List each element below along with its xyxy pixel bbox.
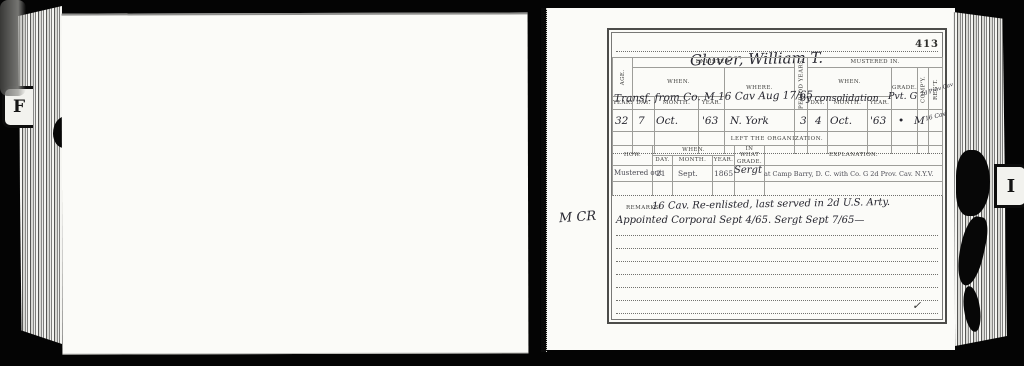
out-explanation-value: at Camp Barry, D. C. with Co. G 2d Prov.… xyxy=(764,170,933,178)
remarks-line-1: 16 Cav. Re-enlisted, last served in 2d U… xyxy=(652,197,890,212)
transfer-where: by consolidation xyxy=(800,93,879,104)
enlisted-where-header: WHERE. xyxy=(725,68,795,110)
enlist-month-value: Oct. xyxy=(656,115,678,127)
enlist-where-value: N. York xyxy=(730,115,769,127)
day-header: DAY. xyxy=(653,156,673,166)
right-page: M CR Glover, William T. 413 AGE. xyxy=(547,8,955,350)
grade-header: GRADE. xyxy=(892,68,918,110)
ruled-line xyxy=(616,313,938,314)
ruled-line xyxy=(616,300,938,301)
out-month-value: Sept. xyxy=(678,169,698,178)
right-index-tab: I xyxy=(994,164,1024,208)
ruled-line xyxy=(616,261,938,262)
when-header: WHEN. xyxy=(653,146,735,156)
remarks-line-2: Appointed Corporal Sept 4/65. Sergt Sept… xyxy=(616,215,864,226)
record-card-inner: Glover, William T. 413 AGE. ENLISTED. PE… xyxy=(611,32,943,320)
out-day-value: 21 xyxy=(656,169,666,178)
muster-year-value: '63 xyxy=(870,115,886,127)
check-mark: ✓ xyxy=(912,299,921,312)
company-header: COMP'Y. xyxy=(918,68,929,110)
explanation-header: EXPLANATION. xyxy=(765,146,943,166)
age-value: 32 xyxy=(615,115,628,127)
mustered-out-value: Mustered out xyxy=(614,169,662,177)
year-header: YEAR. xyxy=(713,156,735,166)
ruled-line xyxy=(616,287,938,288)
out-year-value: 1865 xyxy=(714,169,733,178)
left-organization-band: LEFT THE ORGANIZATION. xyxy=(612,136,942,142)
book-scan: F M CR Glover, William T. 413 xyxy=(0,0,1024,366)
period-value: 3 xyxy=(800,115,807,127)
ruled-line xyxy=(616,248,938,249)
ruled-line xyxy=(616,274,938,275)
company-value: M xyxy=(914,115,925,127)
enlist-day-value: 7 xyxy=(638,115,645,127)
margin-annotation: M CR xyxy=(559,209,597,227)
mustered-in-header: MUSTERED IN. xyxy=(808,58,943,68)
scan-artifact-smudge xyxy=(0,0,26,96)
muster-day-value: 4 xyxy=(815,115,822,127)
enlist-year-value: '63 xyxy=(702,115,718,127)
muster-month-value: Oct. xyxy=(830,115,852,127)
out-grade-value: Sergt xyxy=(734,165,762,176)
right-tab-letter: I xyxy=(1007,176,1015,197)
transfer-grade: Pvt. G xyxy=(888,91,917,102)
name-rule: Glover, William T. xyxy=(616,51,938,52)
month-header: MONTH. xyxy=(673,156,713,166)
record-card: Glover, William T. 413 AGE. ENLISTED. PE… xyxy=(607,28,947,324)
card-number: 413 xyxy=(915,39,939,50)
how-header: HOW. xyxy=(613,146,653,166)
enlisted-header: ENLISTED. xyxy=(633,58,795,68)
age-header: AGE. xyxy=(613,58,633,97)
left-blank-page xyxy=(62,12,529,354)
muster-grade-ditto: • xyxy=(898,115,904,127)
left-tab-letter: F xyxy=(13,97,25,117)
ruled-line xyxy=(616,235,938,236)
in-what-grade-header: IN WHAT GRADE. xyxy=(735,146,765,166)
table-row xyxy=(613,182,943,196)
